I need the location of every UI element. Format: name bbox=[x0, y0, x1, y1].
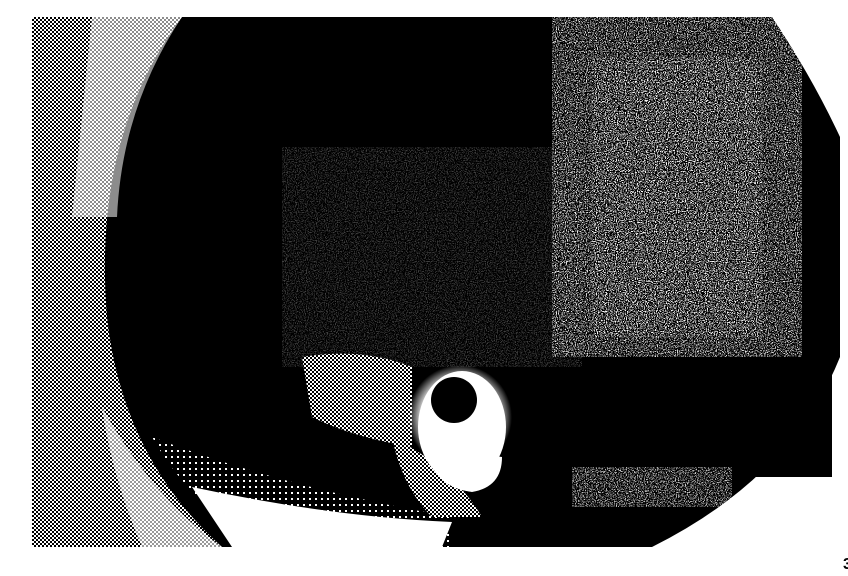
halftone-photo-plate bbox=[32, 17, 840, 547]
halftone-photo bbox=[32, 17, 840, 547]
page-number: 3 bbox=[843, 557, 848, 573]
dark-opening bbox=[431, 377, 477, 423]
